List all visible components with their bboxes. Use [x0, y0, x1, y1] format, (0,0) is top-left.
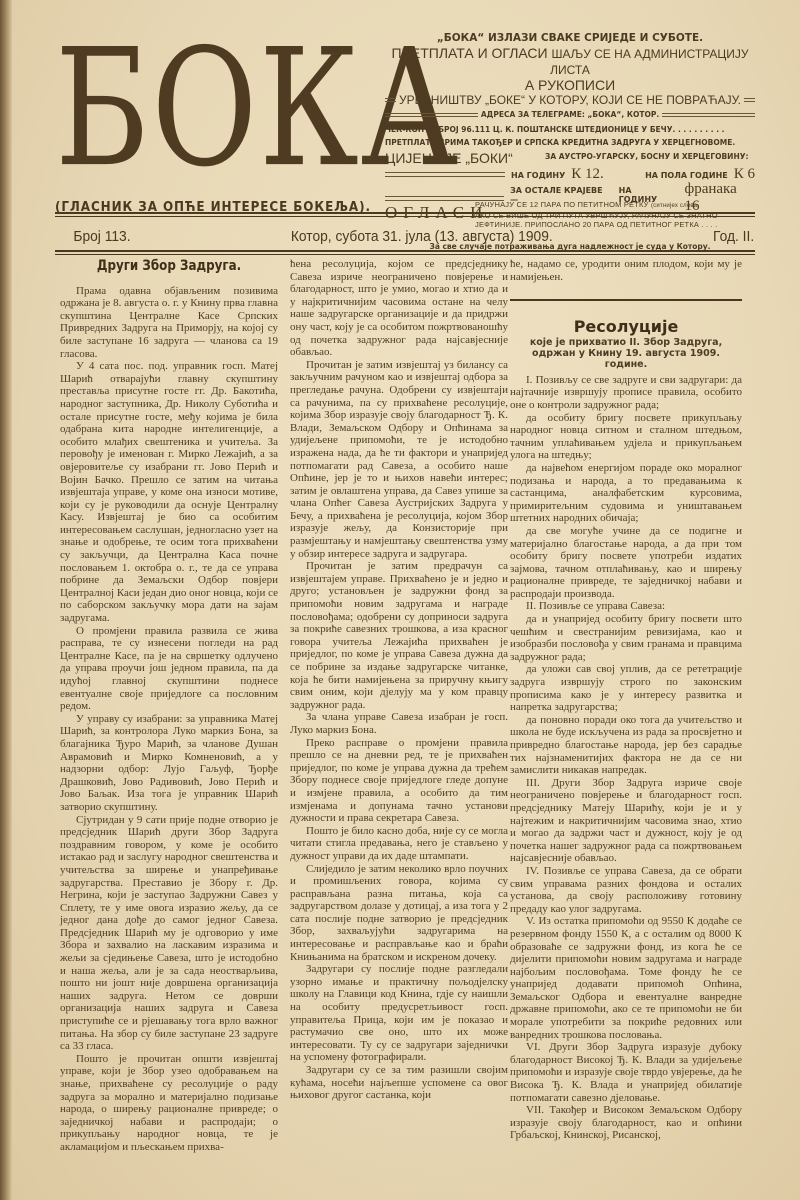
paragraph: ће, надамо се, уродити оним плодом, који…: [510, 258, 742, 283]
resolution-paragraph: V. Из остатка припомоћи од 9550 К додаће…: [510, 915, 742, 1041]
header-rule: [55, 216, 755, 217]
paragraph: За члана управе Савеза изабран је госп. …: [290, 711, 508, 736]
publication-schedule: „БОКА“ ИЗЛАЗИ СВАКЕ СРИЈЕДЕ И СУБОТЕ.: [385, 32, 755, 44]
price-region: ЗА АУСТРО-УГАРСКУ, БОСНУ И ХЕРЦЕГОВИНУ:: [545, 152, 749, 161]
divider: [385, 98, 396, 102]
paragraph: Сјутридан у 9 сати прије подне отворио ј…: [60, 814, 278, 1053]
paragraph: О промјени правила развила се жива распр…: [60, 625, 278, 713]
divider: [744, 98, 755, 102]
paragraph: Задругари су послије подне разгледали уз…: [290, 963, 508, 1064]
resolution-paragraph: III. Други Збор Задруга изриче своје нео…: [510, 777, 742, 865]
issue-year: Год. II.: [713, 228, 754, 245]
header-rule: [55, 212, 755, 214]
section-divider: [510, 299, 742, 301]
resolution-paragraph: IV. Позивље се управа Савеза, да се обра…: [510, 865, 742, 915]
paragraph: Задругари су се за тим разишли својим ку…: [290, 1064, 508, 1102]
divider: [662, 113, 755, 117]
resolutions-subtitle: које је прихватио II. Збор Задруга, одрж…: [510, 337, 742, 370]
resolution-paragraph: да све могуће учине да се подигне и мате…: [510, 525, 742, 601]
ads-line: РАЧУНАЈУ СЕ 12 ПАРА ПО ПЕТИТНОМ РЕТКУ: [475, 200, 649, 209]
resolution-paragraph: I. Позивљу се све задруге и сви задругар…: [510, 374, 742, 412]
publication-info: „БОКА“ ИЗЛАЗИ СВАКЕ СРИЈЕДЕ И СУБОТЕ. ПР…: [385, 25, 755, 251]
subscription-note: ШАЉУ СЕ НА АДМИНИСТРАЦИЈУ ЛИСТА: [550, 47, 748, 77]
paragraph: ћена ресолуција, којом се предсједнику С…: [290, 258, 508, 359]
issue-rule: [55, 254, 755, 255]
issue-date: Котор, субота 31. јула (13. августа) 190…: [291, 228, 553, 245]
telegram-address: АДРЕСА ЗА ТЕЛЕГРАМЕ: „БОКА“, КОТОР.: [385, 110, 755, 119]
resolution-paragraph: да особиту бригу посвете прикупљању наро…: [510, 412, 742, 462]
subscription-info: ПРЕТПЛАТА И ОГЛАСИ ШАЉУ СЕ НА АДМИНИСТРА…: [385, 46, 755, 78]
paragraph: Пошто је било касно доба, није су се мог…: [290, 825, 508, 863]
paragraph: Прочитан је затим извјештај уз билансу с…: [290, 359, 508, 561]
resolution-paragraph: VII. Такођер и Високом Земаљском Одбору …: [510, 1104, 742, 1142]
masthead: БОКА (ГЛАСНИК ЗА ОПЋЕ ИНТЕРЕСЕ БОКЕЉА).: [55, 28, 385, 208]
resolution-paragraph: да и унапријед особиту бригу посвети што…: [510, 613, 742, 663]
paragraph: У управу су изабрани: за управника Матеј…: [60, 713, 278, 814]
paragraph: Пошто је прочитан општи извјештај управе…: [60, 1053, 278, 1154]
manuscripts-note: А РУКОПИСИ: [385, 78, 755, 93]
divider: [385, 172, 505, 177]
cheque-account: ЧЕК-КОНТО БРОЈ 96.111 Ц. К. ПОШТАНСКЕ ШТ…: [385, 125, 755, 134]
resolution-paragraph: VI. Други Збор Задруга изразује дубоку б…: [510, 1041, 742, 1104]
paragraph: Прочитан је затим предрачун са извјештај…: [290, 560, 508, 711]
year-label: НА ГОДИНУ: [511, 171, 565, 180]
paragraph: Слиједило је затим неколико врло поучних…: [290, 863, 508, 964]
column-2: ћена ресолуција, којом се предсједнику С…: [290, 258, 508, 1102]
paragraph: Преко расправе о промјени правила прешло…: [290, 737, 508, 825]
issue-bar: Број 113. Котор, субота 31. јула (13. ав…: [55, 228, 754, 245]
divider: [385, 113, 478, 117]
article-headline: Други Збор Задруга.: [76, 260, 261, 273]
subscriptions-also: ПРЕТПЛАТЕ ПРИМА ТАКОЂЕР И СРПСКА КРЕДИТН…: [385, 138, 755, 147]
paragraph: Прама одавна објављеним позивима одржана…: [60, 285, 278, 361]
column-1: Други Збор Задруга. Прама одавна објавље…: [60, 258, 278, 1154]
issue-rule: [55, 250, 755, 252]
issue-number: Број 113.: [55, 228, 131, 245]
price-block: ЦИЈЕНА ЈЕ „БОКИ“ ЗА АУСТРО-УГАРСКУ, БОСН…: [385, 150, 755, 194]
resolution-paragraph: да уложи сав свој уплив, да се рететраци…: [510, 663, 742, 713]
ads-text: РАЧУНАЈУ СЕ 12 ПАРА ПО ПЕТИТНОМ РЕТКУ (с…: [475, 200, 755, 229]
subscription-heading: ПРЕТПЛАТА И ОГЛАСИ: [391, 45, 547, 61]
ads-line-note: (ситнијех слова: [651, 203, 697, 209]
half-year-label: НА ПОЛА ГОДИНЕ: [645, 171, 728, 180]
telegram-text: АДРЕСА ЗА ТЕЛЕГРАМЕ: „БОКА“, КОТОР.: [481, 110, 659, 119]
resolutions-title: Ресолуције: [510, 321, 742, 334]
price-label: ЦИЈЕНА ЈЕ „БОКИ“: [385, 150, 513, 166]
paragraph: У 4 сата пос. под. управник госп. Матеј …: [60, 360, 278, 624]
editorial-text: УРЕДНИШТВУ „БОКЕ“ У КОТОРУ, КОЈИ СЕ НЕ П…: [399, 93, 741, 107]
resolution-paragraph: да поновно поради око тога да учитељство…: [510, 714, 742, 777]
editorial-note: УРЕДНИШТВУ „БОКЕ“ У КОТОРУ, КОЈИ СЕ НЕ П…: [385, 93, 755, 107]
page-spine-shadow: [0, 0, 12, 1200]
column-3: ће, надамо се, уродити оним плодом, који…: [510, 258, 742, 1142]
resolution-paragraph: II. Позивље се управа Савеза:: [510, 600, 742, 613]
resolution-paragraph: да највећом енергијом порадe око морално…: [510, 462, 742, 525]
